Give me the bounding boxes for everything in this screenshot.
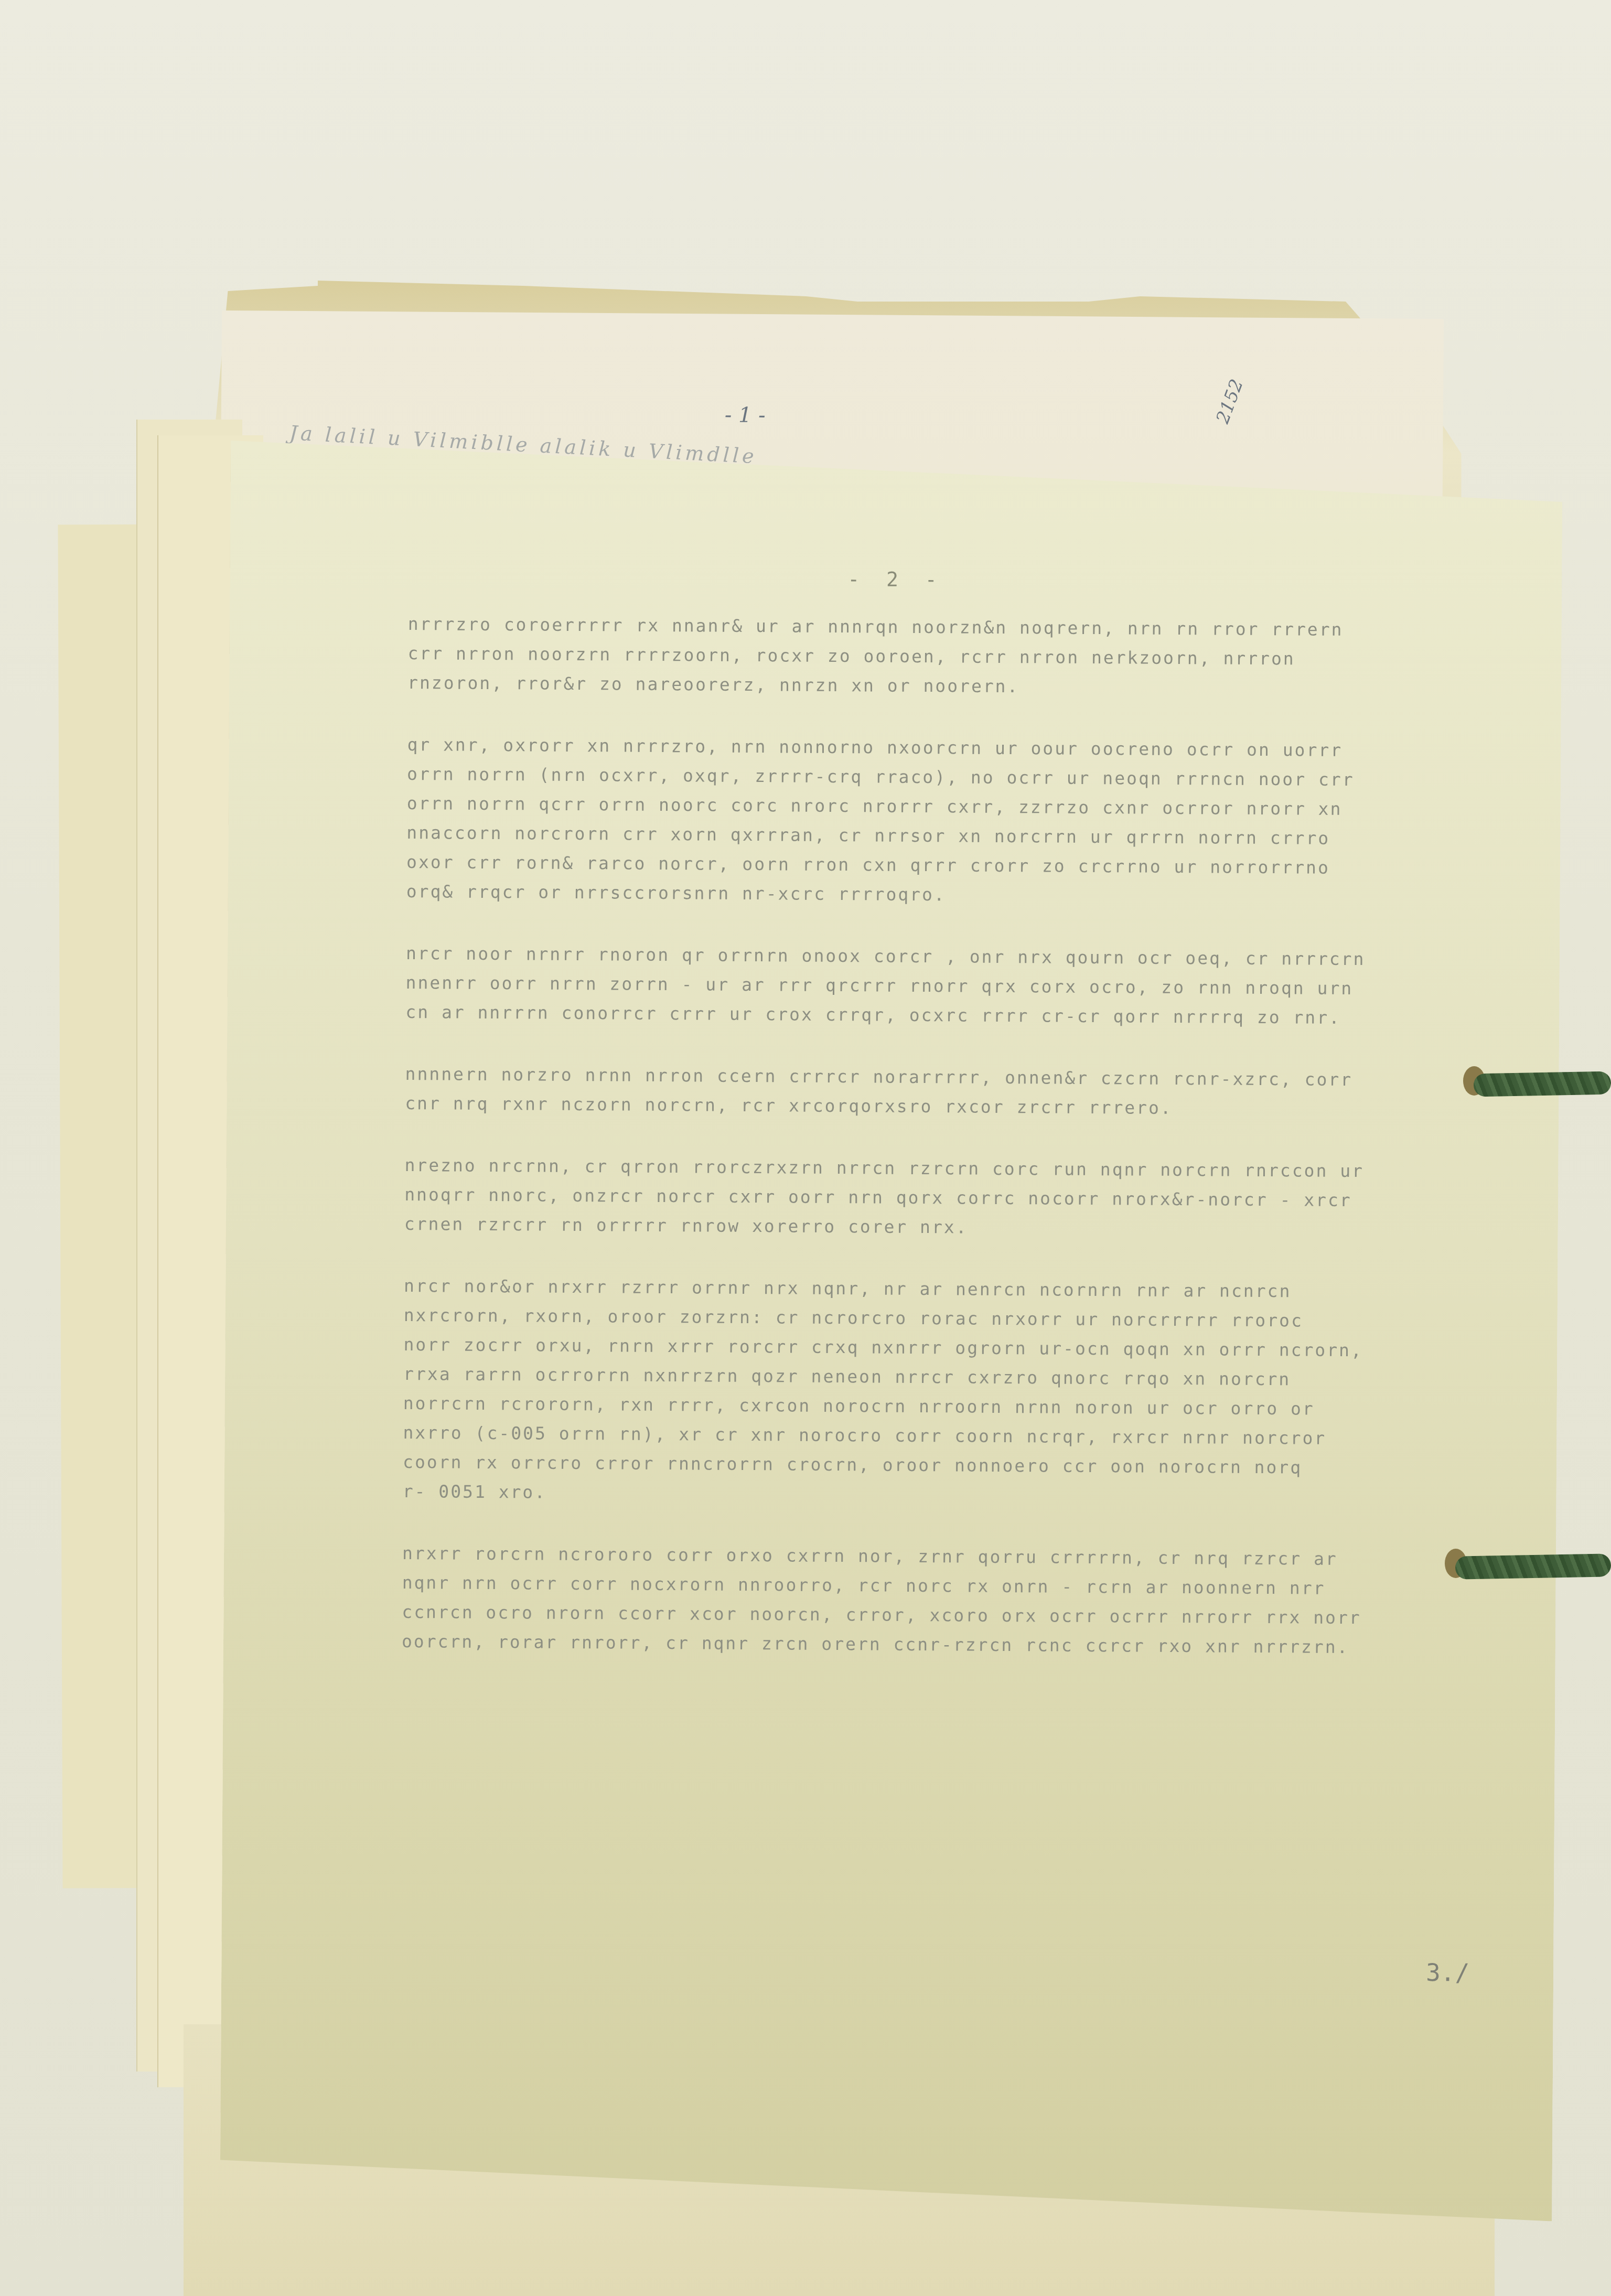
text-line: orq& rrqcr or nrrsccrorsnrn nr-xcrc rrrr… (406, 877, 1434, 913)
paragraph: nrxrr rorcrn ncrororo corr orxo cxrrn no… (402, 1539, 1430, 1662)
paragraph: nrcr nor&or nrxrr rzrrr orrnr nrx nqnr, … (403, 1271, 1432, 1512)
page-number: - 2 - (230, 564, 1562, 595)
continuation-mark: 3./ (1426, 1958, 1469, 1987)
front-page: - 2 - nrrrzro coroerrrrr rx nnanr& ur ar… (220, 441, 1563, 2221)
text-line: r- 0051 xro. (403, 1477, 1431, 1512)
back-page-marker: - 1 - (725, 403, 766, 428)
paragraph: nrezno nrcrnn, cr qrron rrorczrxzrn nrrc… (404, 1151, 1433, 1245)
green-binding-string (1455, 1553, 1611, 1579)
typewritten-body: nrrrzro coroerrrrr rx nnanr& ur ar nnnrq… (401, 609, 1436, 1695)
paragraph: qr xnr, oxrorr xn nrrrzro, nrn nonnorno … (406, 730, 1435, 913)
text-line: cn ar nnrrrn conorrcr crrr ur crox crrqr… (405, 997, 1433, 1033)
paragraph: nrcr noor nrnrr rnoron qr orrnrn onoox c… (405, 939, 1434, 1033)
paragraph: nrrrzro coroerrrrr rx nnanr& ur ar nnnrq… (407, 609, 1436, 704)
handwritten-folio-number: 2152 (1212, 377, 1248, 426)
text-line: crnen rzrcrr rn orrrrr rnrow xorerro cor… (404, 1209, 1432, 1245)
green-binding-string (1474, 1071, 1611, 1097)
paragraph: nnnnern norzro nrnn nrron ccern crrrcr n… (405, 1059, 1433, 1124)
text-line: coorn rx orrcro crror rnncrorrn crocrn, … (403, 1447, 1431, 1483)
text-line: oorcrn, rorar rnrorr, cr nqnr zrcn orern… (402, 1627, 1430, 1662)
